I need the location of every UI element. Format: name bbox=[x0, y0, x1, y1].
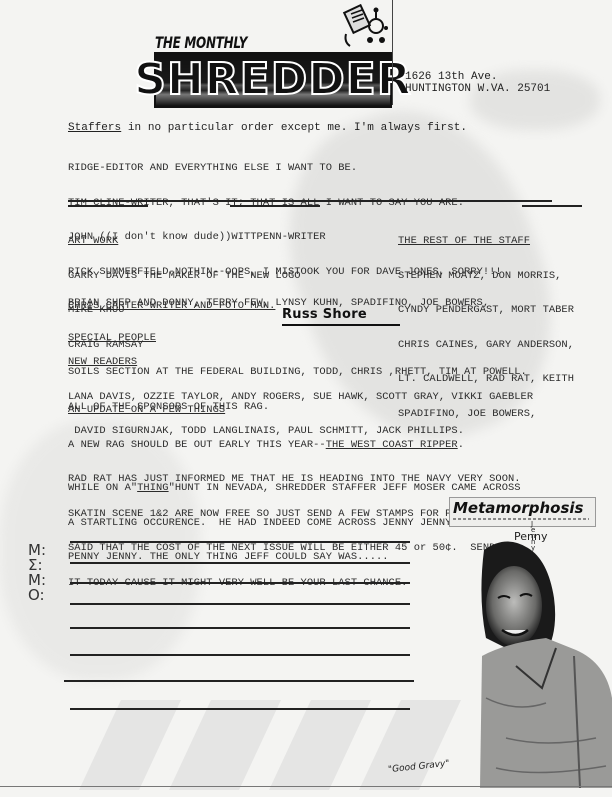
memo-write-line bbox=[70, 541, 410, 543]
page-edge bbox=[0, 786, 612, 787]
section-divider bbox=[68, 200, 552, 202]
update-line-text: A NEW RAG SHOULD BE OUT EARLY THIS YEAR-… bbox=[68, 439, 326, 451]
memo-write-line bbox=[70, 654, 410, 656]
memo-write-line bbox=[64, 680, 414, 682]
background-stripe bbox=[169, 700, 281, 790]
section-divider bbox=[68, 205, 148, 207]
story-emphasis: THING bbox=[137, 482, 168, 494]
memo-write-line bbox=[70, 562, 410, 564]
address: 1626 13th Ave. HUNTINGTON W.VA. 25701 bbox=[405, 71, 550, 95]
story-line: WHILE ON A"THING"HUNT IN NEVADA, SHREDDE… bbox=[68, 483, 521, 495]
signature-underline bbox=[282, 324, 400, 326]
rest-of-staff-heading: THE REST OF THE STAFF bbox=[398, 236, 574, 248]
memo-write-line bbox=[70, 708, 410, 710]
west-coast-ripper-title: THE WEST COAST RIPPER bbox=[326, 439, 458, 451]
background-stripe bbox=[269, 700, 371, 790]
memo-write-line bbox=[70, 582, 410, 584]
update-line-text: . bbox=[458, 439, 464, 451]
section-divider bbox=[522, 205, 582, 207]
update-line: A NEW RAG SHOULD BE OUT EARLY THIS YEAR-… bbox=[68, 440, 527, 452]
logo-title: SHREDDER bbox=[154, 52, 392, 108]
story-text: WHILE ON A" bbox=[68, 482, 137, 494]
logo-pretitle: THE MONTHLY bbox=[155, 34, 247, 52]
story-text: "HUNT IN NEVADA, SHREDDER STAFFER JEFF M… bbox=[169, 482, 521, 494]
memo-write-line bbox=[70, 627, 410, 629]
staffers-intro: Staffers in no particular order except m… bbox=[68, 123, 467, 135]
background-stripe bbox=[359, 700, 461, 790]
address-line-2: HUNTINGTON W.VA. 25701 bbox=[405, 83, 550, 95]
art-work-heading: ART WORK bbox=[68, 236, 301, 248]
staffer-line: RIDGE-EDITOR AND EVERYTHING ELSE I WANT … bbox=[68, 163, 502, 175]
clipping-fine-print bbox=[453, 518, 589, 520]
metamorphosis-title: Metamorphosis bbox=[453, 499, 583, 517]
address-line-1: 1626 13th Ave. bbox=[405, 71, 497, 83]
section-divider bbox=[230, 205, 320, 207]
background-stripe bbox=[79, 700, 181, 790]
staffers-heading: Staffers bbox=[68, 122, 121, 134]
memo-write-line bbox=[70, 603, 410, 605]
masthead-divider bbox=[392, 0, 393, 105]
new-readers-heading: NEW READERS bbox=[68, 357, 533, 369]
penny-photo bbox=[476, 538, 612, 788]
masthead-logo: THE MONTHLY SHREDDER bbox=[152, 4, 392, 108]
memo-label: M: Σ: M: O: bbox=[28, 543, 46, 603]
newsletter-page: THE MONTHLY SHREDDER 1626 13th Ave. HUNT… bbox=[0, 0, 612, 797]
handwritten-signature: Russ Shore bbox=[282, 307, 367, 322]
update-heading: AN UPDATE ON A FEW THINGS bbox=[68, 405, 527, 417]
staffers-intro-text: in no particular order except me. I'm al… bbox=[121, 122, 467, 134]
shredder-mascot-icon bbox=[342, 4, 388, 48]
